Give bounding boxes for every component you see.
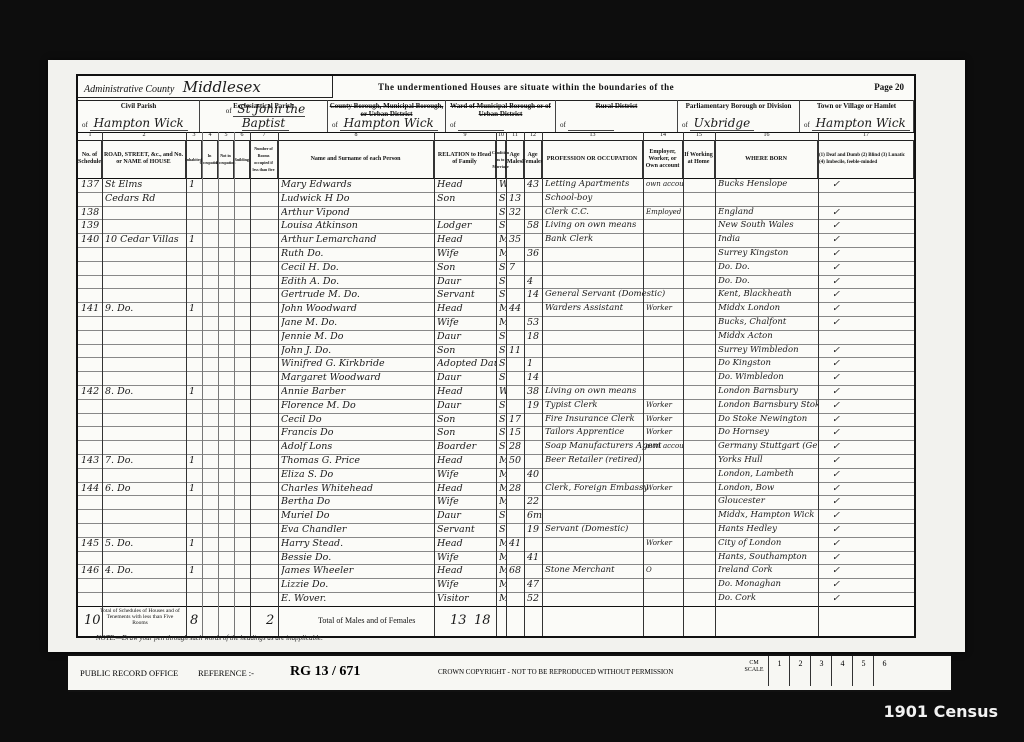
column-heading: If Working at Home <box>683 140 715 178</box>
column-divider <box>202 132 203 636</box>
cell-born: Do Stoke Newington <box>718 413 818 427</box>
cell-m: 44 <box>509 302 524 316</box>
column-divider <box>496 132 497 636</box>
total-schedules: 10 <box>84 613 101 628</box>
cell-born: Hants Hedley <box>718 523 818 537</box>
cell-born: London Barnsbury Stoke Newington <box>718 399 818 413</box>
cm-scale-mark: 5 <box>852 656 874 686</box>
boundary-field-handwriting <box>458 116 504 131</box>
column-heading: PROFESSION OR OCCUPATION <box>542 140 643 178</box>
boundary-field: Rural Districtof <box>556 100 678 132</box>
column-divider <box>818 132 819 636</box>
cell-name: Harry Stead. <box>281 537 434 551</box>
cell-born: City of London <box>718 537 818 551</box>
cell-f: 40 <box>527 468 542 482</box>
column-number: 15 <box>683 132 715 138</box>
cell-rel: Wife <box>437 495 496 509</box>
cell-rel: Visitor <box>437 592 496 606</box>
boundary-field-value: of <box>450 116 504 130</box>
cell-emp: Worker <box>646 482 683 496</box>
cell-cond: S <box>499 413 506 427</box>
cell-m: 32 <box>509 206 524 220</box>
reference-label: REFERENCE :- <box>198 668 254 678</box>
cell-address: 10 Cedar Villas <box>105 233 186 247</box>
cell-cond: S <box>499 426 506 440</box>
cell-rel: Daur <box>437 399 496 413</box>
cell-m: 11 <box>509 344 524 358</box>
cell-name: Cecil Do <box>281 413 434 427</box>
column-divider <box>278 132 279 636</box>
cell-rel: Daur <box>437 371 496 385</box>
cell-address: St Elms <box>105 178 186 192</box>
cell-rel: Wife <box>437 316 496 330</box>
cell-name: E. Wover. <box>281 592 434 606</box>
copyright-notice: CROWN COPYRIGHT - NOT TO BE REPRODUCED W… <box>438 668 673 676</box>
cell-name: Ludwick H Do <box>281 192 434 206</box>
cell-born: Surrey Wimbledon <box>718 344 818 358</box>
cell-sched: 139 <box>81 219 102 233</box>
cell-m: 7 <box>509 261 524 275</box>
cell-m: 28 <box>509 482 524 496</box>
column-number: 13 <box>542 132 643 138</box>
cell-f: 4 <box>527 275 542 289</box>
cell-inh: 1 <box>189 178 202 192</box>
cell-name: Ruth Do. <box>281 247 434 261</box>
cell-cond: S <box>499 206 506 220</box>
boundary-field-handwriting: Uxbridge <box>690 116 755 131</box>
cell-f: 22 <box>527 495 542 509</box>
column-heading: Building <box>234 140 250 178</box>
infirmity-check: ✓ <box>832 371 840 385</box>
cell-cond: M <box>499 482 506 496</box>
cell-rel: Wife <box>437 468 496 482</box>
cm-scale-mark: 2 <box>789 656 811 686</box>
cell-rel: Head <box>437 564 496 578</box>
admin-county-value: Middlesex <box>183 78 261 96</box>
column-number: 7 <box>250 132 278 138</box>
cell-rel: Son <box>437 192 496 206</box>
cell-m: 28 <box>509 440 524 454</box>
cell-emp: Employed <box>646 206 683 220</box>
cell-sched: 137 <box>81 178 102 192</box>
cell-born: Do. Monaghan <box>718 578 818 592</box>
cell-inh: 1 <box>189 482 202 496</box>
boundary-field-value: of St John the Baptist <box>204 102 327 130</box>
cell-name: Adolf Lons <box>281 440 434 454</box>
cell-sched: 138 <box>81 206 102 220</box>
boundary-field-label: Rural District <box>556 102 677 110</box>
cell-emp: Worker <box>646 426 683 440</box>
cell-cond: S <box>499 509 506 523</box>
cell-name: John J. Do. <box>281 344 434 358</box>
column-divider <box>524 132 525 636</box>
cell-sched: 145 <box>81 537 102 551</box>
column-number: 14 <box>643 132 683 138</box>
column-heading: Name and Surname of each Person <box>278 140 434 178</box>
cm-scale-mark: 4 <box>831 656 853 686</box>
infirmity-check: ✓ <box>832 275 840 289</box>
cell-born: Middx, Hampton Wick <box>718 509 818 523</box>
cell-cond: M <box>499 564 506 578</box>
infirmity-check: ✓ <box>832 288 840 302</box>
boundary-field-handwriting: Hampton Wick <box>90 116 188 131</box>
cell-rel: Head <box>437 302 496 316</box>
cell-born: Middx Acton <box>718 330 818 344</box>
cell-born: England <box>718 206 818 220</box>
cell-name: James Wheeler <box>281 564 434 578</box>
boundary-field-value: of Hampton Wick <box>804 116 910 130</box>
column-heading: Condition as to Marriage <box>496 140 506 178</box>
cell-cond: S <box>499 330 506 344</box>
infirmity-check: ✓ <box>832 357 840 371</box>
cell-sched: 140 <box>81 233 102 247</box>
cell-cond: S <box>499 344 506 358</box>
cell-name: Gertrude M. Do. <box>281 288 434 302</box>
cell-born: London, Bow <box>718 482 818 496</box>
boundary-field-handwriting: St John the Baptist <box>233 102 305 131</box>
cell-emp: Worker <box>646 413 683 427</box>
column-heading: Not in Occupation <box>218 140 234 178</box>
cell-cond: M <box>499 454 506 468</box>
cell-cond: S <box>499 371 506 385</box>
cell-rel: Adopted Daur <box>437 357 496 371</box>
cell-name: Charles Whitehead <box>281 482 434 496</box>
cell-name: Edith A. Do. <box>281 275 434 289</box>
cell-inh: 1 <box>189 454 202 468</box>
cell-born: Germany Stuttgart (German subject) <box>718 440 818 454</box>
cell-name: Lizzie Do. <box>281 578 434 592</box>
boundaries-intro: The undermentioned Houses are situate wi… <box>378 82 674 92</box>
cell-f: 14 <box>527 371 542 385</box>
infirmity-check: ✓ <box>832 495 840 509</box>
cell-emp: Worker <box>646 537 683 551</box>
total-rooms: 2 <box>266 613 274 628</box>
boundary-field-value: of Hampton Wick <box>332 116 438 130</box>
cell-f: 41 <box>527 551 542 565</box>
cell-m: 15 <box>509 426 524 440</box>
cell-f: 6mo <box>527 509 542 523</box>
cell-name: Florence M. Do <box>281 399 434 413</box>
column-divider <box>506 132 507 636</box>
cell-born: London, Lambeth <box>718 468 818 482</box>
infirmity-check: ✓ <box>832 344 840 358</box>
cell-born: Bucks, Chalfont <box>718 316 818 330</box>
cell-address: Cedars Rd <box>105 192 186 206</box>
cell-rel: Head <box>437 178 496 192</box>
cell-rel: Daur <box>437 509 496 523</box>
cell-rel: Head <box>437 454 496 468</box>
cell-cond: S <box>499 288 506 302</box>
reference-number: RG 13 / 671 <box>290 664 360 680</box>
infirmity-check: ✓ <box>832 219 840 233</box>
column-divider <box>218 132 219 636</box>
boundary-field-handwriting: Hampton Wick <box>812 116 910 131</box>
column-heading: Age Females <box>524 140 542 178</box>
cell-f: 53 <box>527 316 542 330</box>
cell-f: 58 <box>527 219 542 233</box>
column-number: 6 <box>234 132 250 138</box>
boundary-field-label: Parliamentary Borough or Division <box>678 102 799 110</box>
cell-m: 13 <box>509 192 524 206</box>
column-divider <box>643 132 644 636</box>
boundary-field: County Borough, Municipal Borough, or Ur… <box>328 100 446 132</box>
cell-rel: Servant <box>437 288 496 302</box>
cell-name: Francis Do <box>281 426 434 440</box>
cell-sched: 144 <box>81 482 102 496</box>
column-heading: ROAD, STREET, &c., and No. or NAME of HO… <box>102 140 186 178</box>
cell-m: 17 <box>509 413 524 427</box>
cell-cond: S <box>499 523 506 537</box>
cell-occ: School-boy <box>545 192 676 206</box>
infirmity-check: ✓ <box>832 413 840 427</box>
cell-address: 6. Do <box>105 482 186 496</box>
cell-inh: 1 <box>189 302 202 316</box>
infirmity-check: ✓ <box>832 523 840 537</box>
cell-cond: S <box>499 357 506 371</box>
cell-emp: Worker <box>646 302 683 316</box>
boundary-field-label: Town or Village or Hamlet <box>800 102 913 110</box>
column-divider <box>542 132 543 636</box>
column-divider <box>715 132 716 636</box>
infirmity-check: ✓ <box>832 316 840 330</box>
cell-cond: S <box>499 399 506 413</box>
column-number: 9 <box>434 132 496 138</box>
cell-born: Do Kingston <box>718 357 818 371</box>
cm-scale-mark: 1 <box>768 656 790 686</box>
cell-m: 68 <box>509 564 524 578</box>
cell-born: Do. Do. <box>718 275 818 289</box>
cell-emp: own account <box>646 440 683 454</box>
cell-cond: M <box>499 537 506 551</box>
infirmity-check: ✓ <box>832 426 840 440</box>
cell-cond: S <box>499 275 506 289</box>
column-heading: WHERE BORN <box>715 140 818 178</box>
boundary-field-handwriting: Hampton Wick <box>340 116 438 131</box>
cell-cond: M <box>499 316 506 330</box>
cell-f: 19 <box>527 523 542 537</box>
infirmity-check: ✓ <box>832 178 840 192</box>
boundary-field-value: of <box>560 116 614 130</box>
cell-name: Winifred G. Kirkbride <box>281 357 434 371</box>
column-divider <box>186 132 187 636</box>
cell-address: 7. Do. <box>105 454 186 468</box>
cell-emp: Worker <box>646 399 683 413</box>
cell-cond: M <box>499 592 506 606</box>
cell-name: Muriel Do <box>281 509 434 523</box>
form-header: Administrative County Middlesex The unde… <box>78 76 914 101</box>
column-heading: Number of Rooms occupied if less than fi… <box>250 140 278 178</box>
infirmity-check: ✓ <box>832 247 840 261</box>
cell-m: 41 <box>509 537 524 551</box>
cell-rel: Son <box>437 413 496 427</box>
cell-rel: Head <box>437 482 496 496</box>
cell-rel: Son <box>437 426 496 440</box>
cell-rel: Wife <box>437 578 496 592</box>
cell-f: 1 <box>527 357 542 371</box>
cell-name: Eliza S. Do <box>281 468 434 482</box>
infirmity-check: ✓ <box>832 482 840 496</box>
column-heading: (1) Deaf and Dumb (2) Blind (3) Lunatic … <box>818 140 914 178</box>
boundary-field-label: Civil Parish <box>78 102 199 110</box>
infirmity-check: ✓ <box>832 592 840 606</box>
cell-emp: own account at home <box>646 178 683 192</box>
infirmity-check: ✓ <box>832 440 840 454</box>
cell-born: Surrey Kingston <box>718 247 818 261</box>
cell-sched: 141 <box>81 302 102 316</box>
infirmity-check: ✓ <box>832 537 840 551</box>
boundary-field: Ecclesiastical Parishof St John the Bapt… <box>200 100 328 132</box>
infirmity-check: ✓ <box>832 261 840 275</box>
cell-cond: M <box>499 302 506 316</box>
cell-cond: Wid <box>499 385 506 399</box>
cell-cond: M <box>499 247 506 261</box>
cm-scale-label: CM SCALE <box>740 660 768 674</box>
cell-address: 5. Do. <box>105 537 186 551</box>
total-females: 18 <box>474 613 491 628</box>
cell-cond: S <box>499 219 506 233</box>
infirmity-check: ✓ <box>832 399 840 413</box>
cell-name: Mary Edwards <box>281 178 434 192</box>
column-number: 17 <box>818 132 914 138</box>
cell-rel: Head <box>437 233 496 247</box>
cell-emp: O <box>646 564 683 578</box>
cell-rel: Son <box>437 261 496 275</box>
cell-born: Do. Do. <box>718 261 818 275</box>
cell-f: 36 <box>527 247 542 261</box>
column-number: 16 <box>715 132 818 138</box>
cell-born: Gloucester <box>718 495 818 509</box>
cell-born: Yorks Hull <box>718 454 818 468</box>
cell-cond: S <box>499 261 506 275</box>
infirmity-check: ✓ <box>832 578 840 592</box>
cell-name: Margaret Woodward <box>281 371 434 385</box>
admin-county-label: Administrative County <box>84 84 174 95</box>
infirmity-check: ✓ <box>832 385 840 399</box>
column-divider <box>683 132 684 636</box>
cell-name: Eva Chandler <box>281 523 434 537</box>
infirmity-check: ✓ <box>832 233 840 247</box>
cell-cond: M <box>499 233 506 247</box>
cell-rel: Boarder <box>437 440 496 454</box>
cell-sched: 146 <box>81 564 102 578</box>
column-number: 2 <box>102 132 186 138</box>
cell-inh: 1 <box>189 233 202 247</box>
cell-born: Middx London <box>718 302 818 316</box>
infirmity-check: ✓ <box>832 509 840 523</box>
boundary-field-value: of Uxbridge <box>682 116 754 130</box>
cell-inh: 1 <box>189 564 202 578</box>
cell-name: Thomas G. Price <box>281 454 434 468</box>
column-number: 5 <box>218 132 234 138</box>
form-note: NOTE.—Draw your pen through such words o… <box>96 634 323 642</box>
cell-address: 8. Do. <box>105 385 186 399</box>
cell-sched: 143 <box>81 454 102 468</box>
cell-rel: Wife <box>437 551 496 565</box>
column-divider <box>434 132 435 636</box>
cell-born: Bucks Henslope <box>718 178 818 192</box>
cell-born: India <box>718 233 818 247</box>
boundary-fields: Civil Parishof Hampton WickEcclesiastica… <box>78 100 914 133</box>
total-males: 13 <box>450 613 467 628</box>
cell-born: London Barnsbury <box>718 385 818 399</box>
boundary-field: Parliamentary Borough or Divisionof Uxbr… <box>678 100 800 132</box>
cell-cond: S <box>499 440 506 454</box>
cell-name: Arthur Vipond <box>281 206 434 220</box>
cell-m: 35 <box>509 233 524 247</box>
column-number: 8 <box>278 132 434 138</box>
cell-f: 47 <box>527 578 542 592</box>
infirmity-check: ✓ <box>832 551 840 565</box>
cell-born: Do Hornsey <box>718 426 818 440</box>
cell-name: Cecil H. Do. <box>281 261 434 275</box>
cell-occ: General Servant (Domestic) <box>545 288 676 302</box>
infirmity-check: ✓ <box>832 302 840 316</box>
column-heading: No. of Schedule <box>78 140 102 178</box>
boundary-field-handwriting <box>568 116 614 131</box>
cell-cond: M <box>499 551 506 565</box>
cell-f: 19 <box>527 399 542 413</box>
cell-born: Do. Cork <box>718 592 818 606</box>
cell-born: Hants, Southampton <box>718 551 818 565</box>
column-divider <box>234 132 235 636</box>
infirmity-check: ✓ <box>832 454 840 468</box>
cell-f: 38 <box>527 385 542 399</box>
cm-scale-mark: 6 <box>873 656 895 686</box>
cell-name: Louisa Atkinson <box>281 219 434 233</box>
column-heading: RELATION to Head of Family <box>434 140 496 178</box>
cell-rel: Head <box>437 385 496 399</box>
cell-rel: Lodger <box>437 219 496 233</box>
boundary-field: Civil Parishof Hampton Wick <box>78 100 200 132</box>
census-caption: 1901 Census <box>883 702 998 721</box>
infirmity-check: ✓ <box>832 564 840 578</box>
cell-occ: Living on own means <box>545 219 676 233</box>
column-number: 1 <box>78 132 102 138</box>
cell-occ: Living on own means <box>545 385 676 399</box>
page-number: Page 20 <box>874 82 904 92</box>
infirmity-check: ✓ <box>832 468 840 482</box>
total-houses-inhabited: 8 <box>190 613 198 628</box>
cell-occ: Beer Retailer (retired) <box>545 454 676 468</box>
cell-cond: M <box>499 578 506 592</box>
cm-scale-mark: 3 <box>810 656 832 686</box>
cell-m: 50 <box>509 454 524 468</box>
column-number: 12 <box>524 132 542 138</box>
cell-cond: S <box>499 192 506 206</box>
record-office: PUBLIC RECORD OFFICE <box>80 668 178 678</box>
total-persons-label: Total of Males and of Females <box>318 616 415 625</box>
cell-cond: Wid <box>499 178 506 192</box>
total-schedules-label: Total of Schedules of Houses and of Tene… <box>100 608 180 626</box>
cell-name: Annie Barber <box>281 385 434 399</box>
cell-inh: 1 <box>189 537 202 551</box>
cell-f: 43 <box>527 178 542 192</box>
cell-name: John Woodward <box>281 302 434 316</box>
boundary-field-value: of Hampton Wick <box>82 116 188 130</box>
cell-name: Arthur Lemarchand <box>281 233 434 247</box>
column-number: 4 <box>202 132 218 138</box>
cell-cond: M <box>499 468 506 482</box>
cell-name: Bessie Do. <box>281 551 434 565</box>
boundary-field: Ward of Municipal Borough or of Urban Di… <box>446 100 556 132</box>
cell-inh: 1 <box>189 385 202 399</box>
administrative-county: Administrative County Middlesex <box>78 76 333 98</box>
cell-born: Ireland Cork <box>718 564 818 578</box>
cell-f: 18 <box>527 330 542 344</box>
cell-name: Jennie M. Do <box>281 330 434 344</box>
cell-rel: Daur <box>437 330 496 344</box>
cell-born: Do. Wimbledon <box>718 371 818 385</box>
